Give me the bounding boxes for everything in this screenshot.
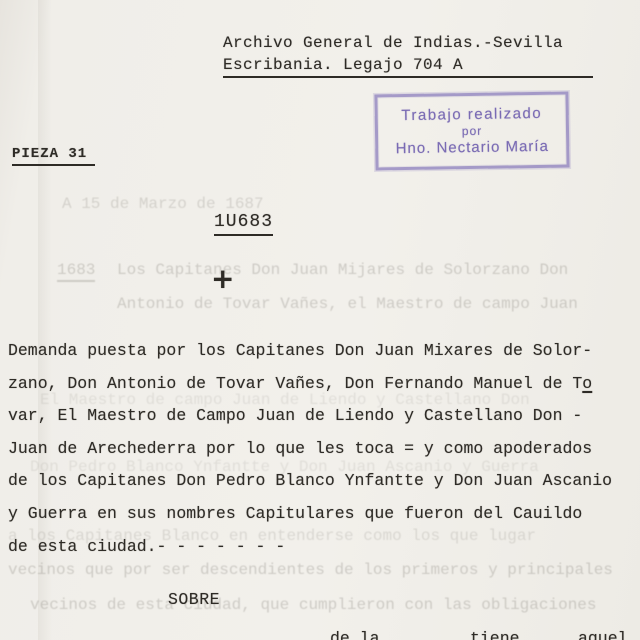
archive-header: Archivo General de Indias.-Sevilla Escri… [223, 34, 593, 78]
paragraph-line: y Guerra en sus nombres Capitulares que … [8, 498, 640, 531]
stamp-line-2: por [462, 124, 483, 138]
paragraph-line: var, El Maestro de Campo Juan de Liendo … [8, 400, 640, 433]
legajo-reference: Escribania. Legajo 704 A [223, 56, 593, 78]
cutoff-line-fragment: aquel [578, 629, 628, 640]
stamp-line-3: Hno. Nectario María [396, 138, 549, 157]
scanned-archive-page: { "page": { "background": "#f0eee9", "in… [0, 0, 640, 640]
cross-mark: + [211, 262, 234, 295]
paragraph-line: zano, Don Antonio de Tovar Vañes, Don Fe… [8, 368, 640, 401]
paragraph-line: Juan de Arechederra por lo que les toca … [8, 433, 640, 466]
bleedthrough-line-2: Antonio de Tovar Vañes, el Maestro de ca… [117, 295, 578, 313]
bleedthrough-ref-number: 1683 [57, 261, 95, 282]
cutoff-line-fragment: de la [330, 629, 380, 640]
piece-label: PIEZA 31 [12, 146, 95, 166]
bleedthrough-line-5: vecinos de esta ciudad, que cumplieron c… [30, 596, 597, 614]
cutoff-line-fragment: tiene [470, 629, 520, 640]
bleedthrough-line-4: vecinos que por ser descendientes de los… [8, 561, 613, 579]
stamp-line-1: Trabajo realizado [401, 105, 542, 124]
archive-name: Archivo General de Indias.-Sevilla [223, 34, 593, 52]
bleedthrough-line-3: a los Capitanes Blanco en entenderse com… [8, 527, 536, 545]
bleedthrough-line-1: Los Capitanes Don Juan Mijares de Solorz… [117, 261, 568, 279]
underlined-abbreviation: o [582, 374, 592, 393]
paragraph-line: Demanda puesta por los Capitanes Don Jua… [8, 335, 640, 368]
bleedthrough-date: A 15 de Marzo de 1687 [62, 195, 264, 213]
worker-stamp: Trabajo realizado por Hno. Nectario Marí… [374, 91, 569, 170]
paragraph-line: de los Capitanes Don Pedro Blanco Ynfant… [8, 465, 640, 498]
sobre-label: SOBRE [168, 590, 220, 609]
file-number: 1U683 [214, 212, 273, 236]
